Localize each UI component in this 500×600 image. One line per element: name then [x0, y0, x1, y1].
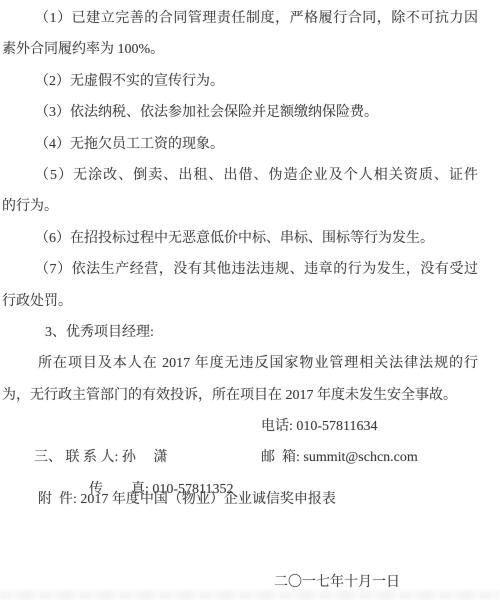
attachment-line: 附 件: 2017 年度中国（物业）企业诚信奖申报表	[2, 484, 478, 515]
contact-row-1: 三、 联 系 人: 孙 潇 电话: 010-57811634	[2, 411, 478, 442]
document-page: （1）已建立完善的合同管理责任制度，严格履行合同，除不可抗力因 素外合同履约率为…	[2, 0, 478, 599]
project-manager-para-line-2: 为，无行政主管部门的有效投诉，所在项目在 2017 年度未发生安全事故。	[2, 380, 478, 411]
clause-6: （6）在招投标过程中无恶意低价中标、串标、围标等行为发生。	[2, 223, 478, 254]
clause-1-line-2: 素外合同履约率为 100%。	[2, 34, 478, 65]
clause-7-line-2: 行政处罚。	[2, 286, 478, 317]
contact-email: 邮 箱: summit@schcn.com	[261, 442, 418, 473]
section-3-heading: 3、优秀项目经理:	[2, 317, 478, 348]
clause-4: （4）无拖欠员工工资的现象。	[2, 129, 478, 160]
contact-fax: 传 真: 010-57811352	[89, 482, 234, 497]
scan-artifact-band	[0, 590, 500, 600]
project-manager-para-line-1: 所在项目及本人在 2017 年度无违反国家物业管理相关法律法规的行	[2, 348, 478, 379]
clause-5-line-2: 的行为。	[2, 191, 478, 222]
clause-5-line-1: （5）无涂改、倒卖、出租、出借、伪造企业及个人相关资质、证件	[2, 160, 478, 191]
clause-7-line-1: （7）依法生产经营，没有其他违法违规、违章的行为发生，没有受过	[2, 254, 478, 285]
clause-3: （3）依法纳税、依法参加社会保险并足额缴纳保险费。	[2, 97, 478, 128]
contact-phone: 电话: 010-57811634	[261, 411, 378, 442]
clause-1-line-1: （1）已建立完善的合同管理责任制度，严格履行合同，除不可抗力因	[2, 3, 478, 34]
clause-2: （2）无虚假不实的宣传行为。	[2, 66, 478, 97]
contact-row-2: 传 真: 010-57811352 邮 箱: summit@schcn.com	[2, 442, 478, 473]
